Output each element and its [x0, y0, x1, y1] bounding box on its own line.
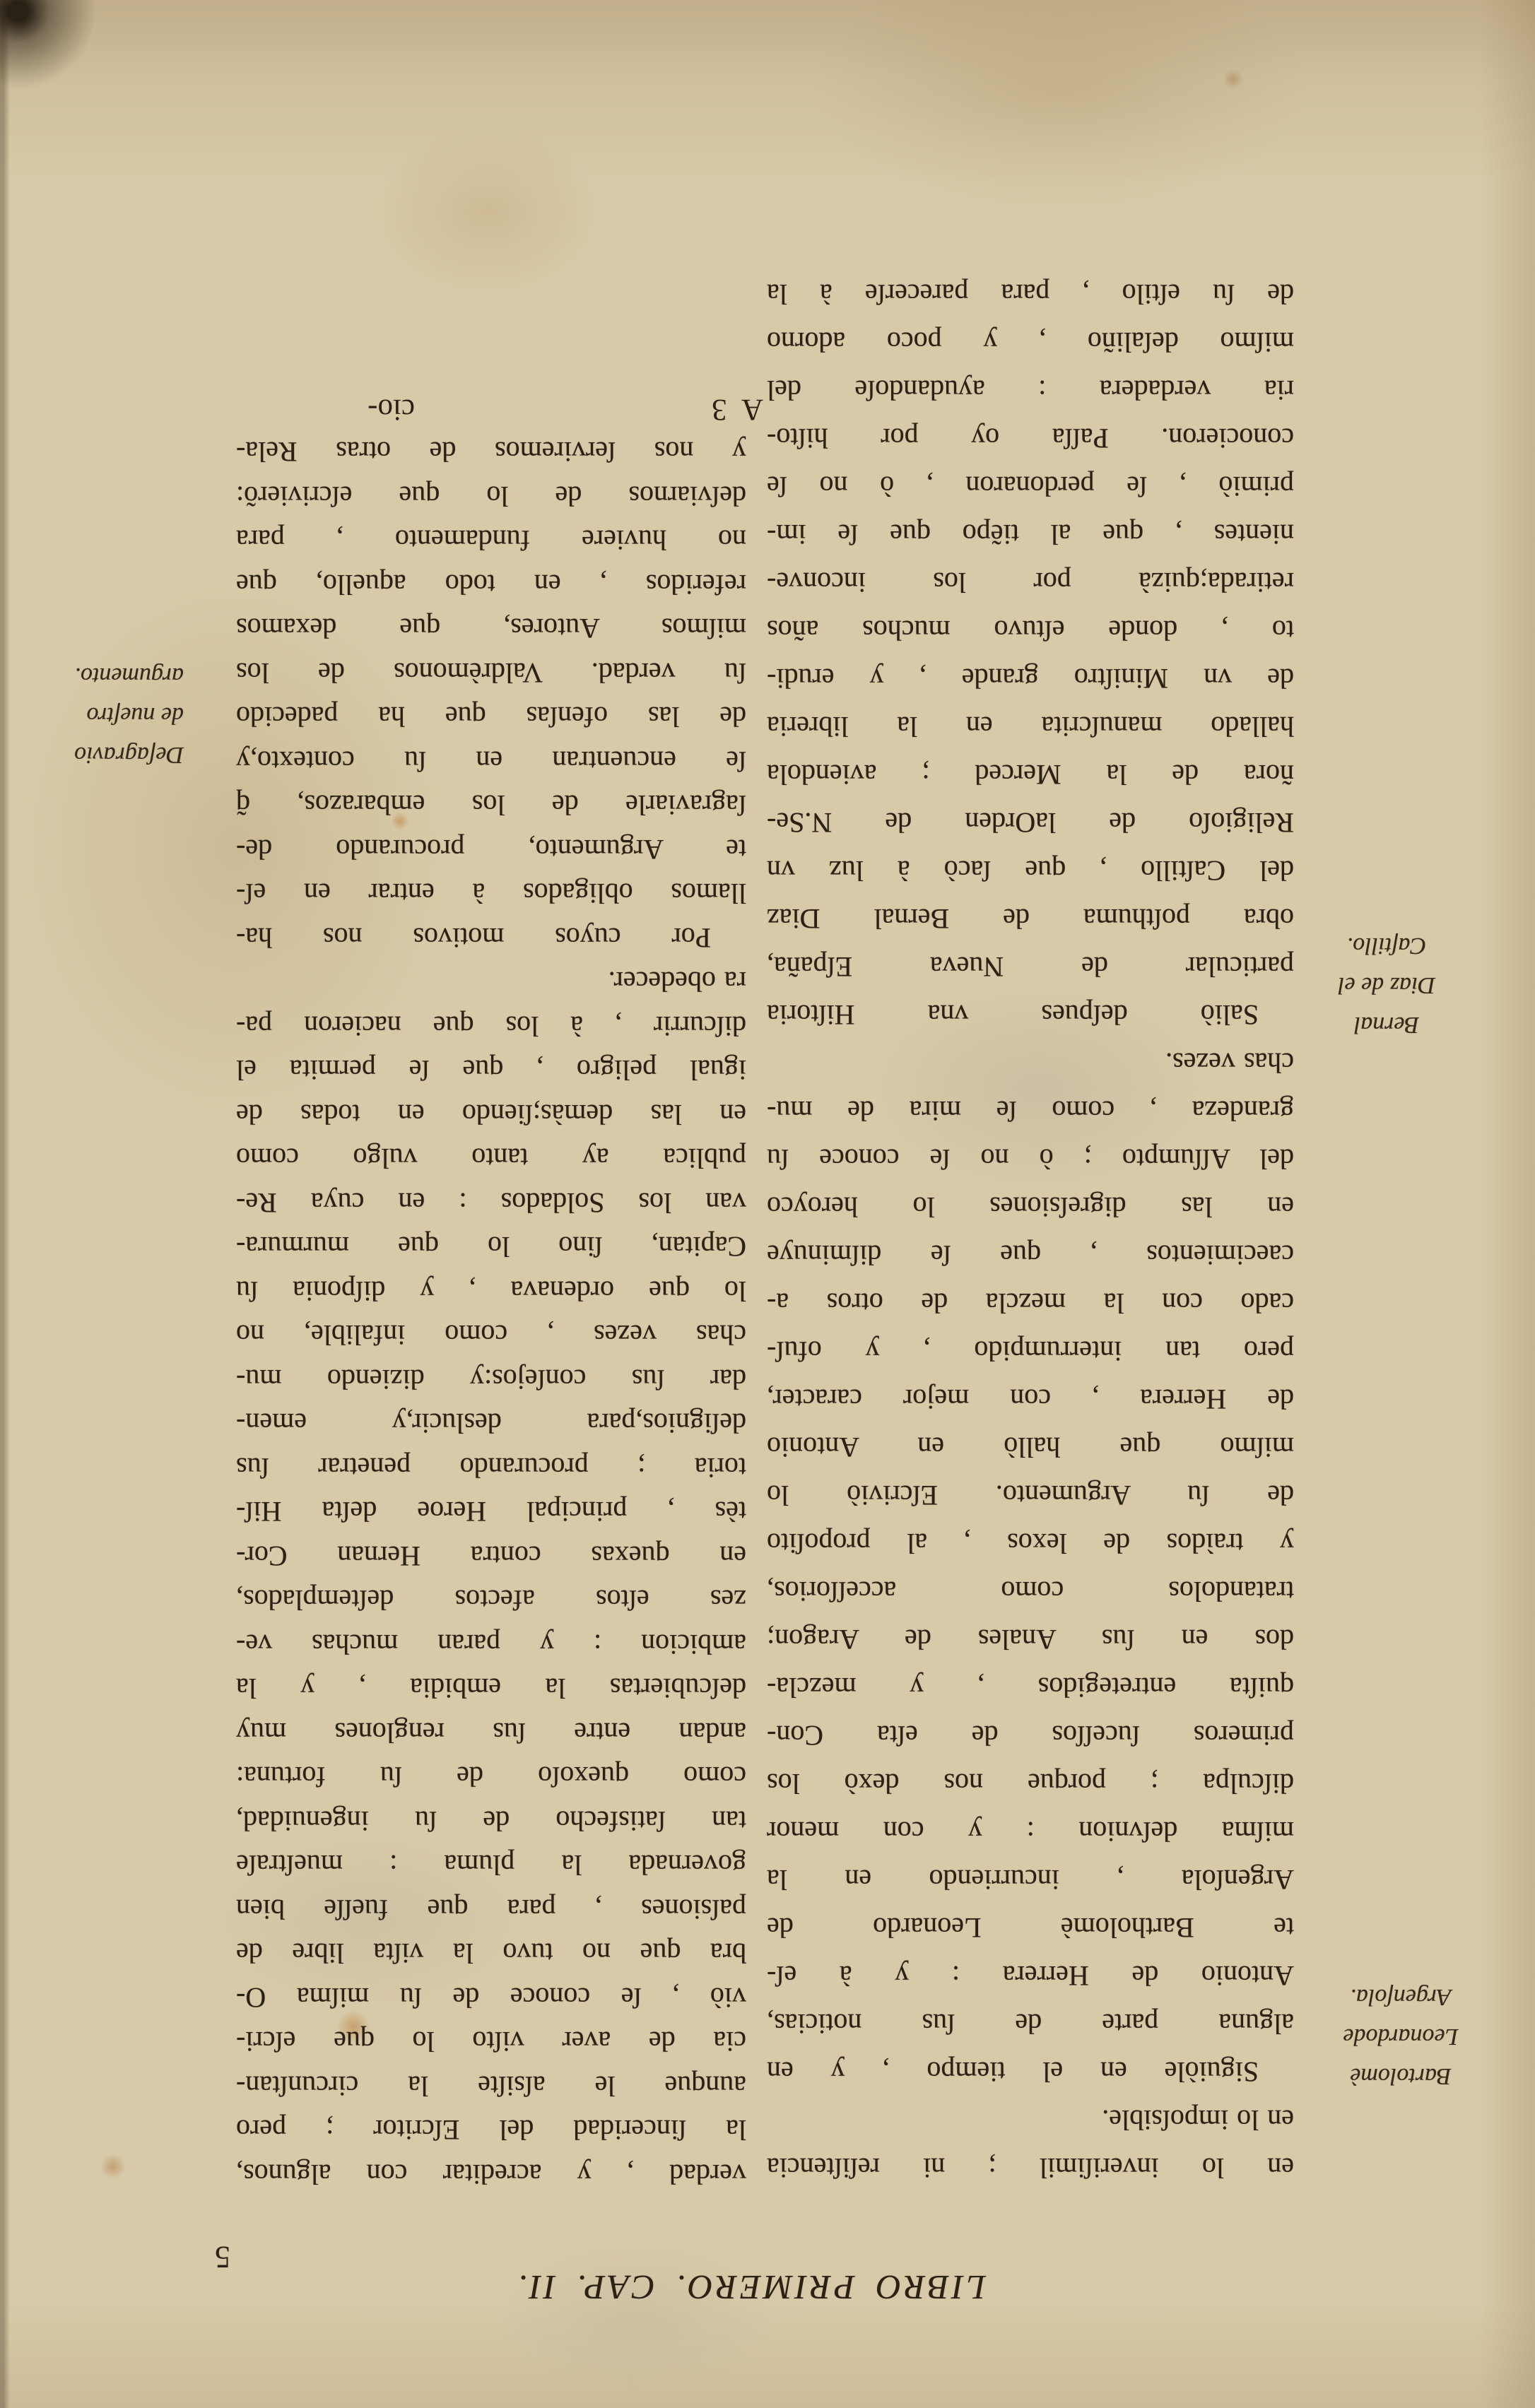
running-header: LIBRO PRIMERO. CAP. II. [418, 2267, 1083, 2308]
book-page-rotated-180: LIBRO PRIMERO. CAP. II. 5 BartolomèLeona… [0, 0, 1535, 2408]
text-line: deſignios,para deslucir,y emen- [236, 1401, 746, 1446]
text-line: en quexas contra Hernan Cor- [236, 1534, 746, 1578]
text-line: paſsiones , para que fueſſe bien [236, 1887, 746, 1932]
text-line: obra poſthuma de Bernal Diaz [767, 895, 1294, 943]
text-line: chas vezes , como infalible, no [236, 1313, 746, 1357]
text-line: ambicion : y paran muchas ve- [236, 1622, 746, 1667]
margin-note-desagravio: Deſagraviode nueſtroargumento. [7, 656, 184, 774]
scanned-book-page: LIBRO PRIMERO. CAP. II. 5 BartolomèLeona… [0, 0, 1535, 2408]
text-line: cia de aver viſto lo que eſcri- [236, 2019, 746, 2064]
text-line: de vn Miniſtro grande , y erudi- [767, 654, 1294, 702]
text-line: del Caſtillo , que ſacò à luz vn [767, 846, 1294, 895]
text-line: cado con la mezcla de otros a- [767, 1279, 1294, 1327]
text-line: retirada;quizà por los inconve- [767, 558, 1294, 606]
margin-note-bernal-diaz: BernalDiaz de elCaſtillo. [1281, 926, 1493, 1044]
text-line: verdad , y acreditar con algunos, [236, 2152, 746, 2197]
text-line: de ſu eſtilo , para parecerſe à la [767, 270, 1294, 318]
text-line: caecimientos , que ſe diſminuye [767, 1231, 1294, 1279]
text-line: zes eſtos afectos deſtemplados, [236, 1578, 746, 1622]
text-line: miſmos Autores, que dexamos [236, 606, 746, 651]
text-line: toria ; procurando penetrar ſus [236, 1446, 746, 1490]
text-line: dar ſus conſejos:y diziendo mu- [236, 1357, 746, 1402]
text-line: grandeza , como ſe mira de mu- [767, 1087, 1294, 1135]
text-line: tratandolos como acceſſorios, [767, 1567, 1294, 1615]
margin-note-line: argumento. [7, 656, 184, 695]
text-line: ñora de la Merced ; aviendola [767, 750, 1294, 798]
text-line: como quexoſo de ſu fortuna: [236, 1754, 746, 1799]
text-line: primiò , ſe perdonaron , ò no ſe [767, 462, 1294, 510]
margin-note-line: de nueſtro [7, 695, 184, 735]
text-line: ſagraviarle de los embarazos, q̃ [236, 783, 746, 827]
text-line: en lo inveriſimil ; ni reſiſtencia [767, 2144, 1294, 2192]
text-line: Religioſo de laOrden de N.Se- [767, 798, 1294, 846]
text-line: dos en ſus Anales de Aragon; [767, 1615, 1294, 1663]
text-line: miſma deſvnion : y con menor [767, 1807, 1294, 1855]
text-line: viò , ſe conoce de ſu miſma O- [236, 1976, 746, 2020]
text-line: lo que ordenava , y diſponia ſu [236, 1269, 746, 1314]
text-line: alguna parte de ſus noticias, [767, 2000, 1294, 2048]
text-line: de las ofenſas que ha padecido [236, 695, 746, 739]
text-line: te Argumento, procurando de- [236, 827, 746, 872]
text-line: hallado manuſcrita en la libreria [767, 702, 1294, 750]
text-line: quiſta entretegidos , y mezcla- [767, 1663, 1294, 1711]
text-line: y nos ſerviremos de otras Rela- [236, 430, 746, 474]
margin-note-line: Bernal [1281, 1005, 1493, 1044]
text-line: Antonio de Herrera : y à eſ- [767, 1952, 1294, 2000]
margin-note-line: Leonardode [1295, 2017, 1507, 2056]
text-line: del Aſſumpto ; ò no ſe conoce ſu [767, 1135, 1294, 1183]
text-line: particular de Nueva Eſpaña, [767, 943, 1294, 991]
text-line: chas vezes. [767, 1039, 1294, 1087]
text-line: Argenſola , incurriendo en la [767, 1855, 1294, 1904]
text-line: tan ſatisfecho de ſu ingenuidad, [236, 1799, 746, 1843]
text-line: deſcubiertas la embidia , y la [236, 1666, 746, 1711]
text-line: de ſu Argumento. Eſcriviò lo [767, 1471, 1294, 1519]
text-line: miſmo que hallò en Antonio [767, 1423, 1294, 1471]
text-line: y traìdos de lexos , al propoſito [767, 1519, 1294, 1567]
signature-catchword-row: A 3 cio- [0, 384, 1535, 427]
text-line: diſculpa ; porque nos dexò los [767, 1759, 1294, 1807]
margin-note-line: Argenſola. [1295, 1977, 1507, 2017]
gathering-signature: A 3 [707, 392, 763, 427]
text-line: referidos , en todo aquello, que [236, 562, 746, 607]
text-line: governada la pluma : mueſtraſe [236, 1843, 746, 1887]
text-line: Saliò deſpues vna Hiſtoria [767, 991, 1294, 1039]
catchword: cio- [367, 392, 415, 427]
text-line: miſmo deſaliño , y poco adorno [767, 318, 1294, 366]
text-line: van los Soldados : en cuya Re- [236, 1181, 746, 1225]
margin-note-line: Diaz de el [1281, 965, 1493, 1005]
text-line: Capitan, ſino lo que murmura- [236, 1224, 746, 1269]
text-line: publica ay tanto vulgo como [236, 1136, 746, 1181]
text-line: Siguiòle en el tiempo , y en [767, 2048, 1294, 2096]
text-line: Por cuyos motivos nos ha- [236, 916, 746, 960]
text-line: bra que no tuvo la viſta libre de [236, 1931, 746, 1976]
text-line: primeros ſuceſſos de eſta Con- [767, 1711, 1294, 1759]
text-line: no huviere fundamento , para [236, 518, 746, 562]
margin-note-argensola: BartolomèLeonardodeArgenſola. [1295, 1977, 1507, 2096]
text-line: en las digreſsiones lo heroyco [767, 1183, 1294, 1231]
text-line: la ſinceridad del Eſcritor ; pero [236, 2108, 746, 2152]
text-line: to , donde eſtuvo muchos años [767, 606, 1294, 654]
text-line: andan entre ſus renglones muy [236, 1711, 746, 1755]
text-line: ra obedecer. [236, 960, 746, 1004]
text-line: igual peligro , que ſe permita el [236, 1048, 746, 1092]
text-line: llamos obligados à entrar en eſ- [236, 871, 746, 916]
text-column-right: verdad , y acreditar con algunos,la ſinc… [236, 430, 746, 2196]
text-line: pero tan interrumpido , y ofuſ- [767, 1327, 1294, 1375]
text-line: aunque le aſsiſte la circunſtan- [236, 2064, 746, 2108]
text-line: en lo impoſsible. [767, 2096, 1294, 2144]
text-line: ſe encuentran en ſu contexto,y [236, 739, 746, 784]
text-line: en las demàs;ſiendo en todas de [236, 1092, 746, 1137]
text-line: deſviarnos de lo que eſcrivierõ: [236, 474, 746, 519]
text-line: nientes , que al tiẽpo que ſe im- [767, 510, 1294, 558]
text-line: ſu verdad. Valdrèmonos de los [236, 651, 746, 695]
margin-note-line: Bartolomè [1295, 2056, 1507, 2096]
text-line: te Bartholomè Leonardo de [767, 1904, 1294, 1952]
margin-note-line: Caſtillo. [1281, 926, 1493, 965]
text-column-left: en lo inveriſimil ; ni reſiſtenciaen lo … [767, 270, 1294, 2192]
page-number: 5 [215, 2239, 230, 2275]
text-line: de Herrera , con mejor caracter, [767, 1375, 1294, 1423]
text-line: diſcurrir , à los que nacieron pa- [236, 1004, 746, 1049]
text-line: tès , principal Heroe deſta Hiſ- [236, 1489, 746, 1534]
margin-note-line: Deſagravio [7, 735, 184, 774]
